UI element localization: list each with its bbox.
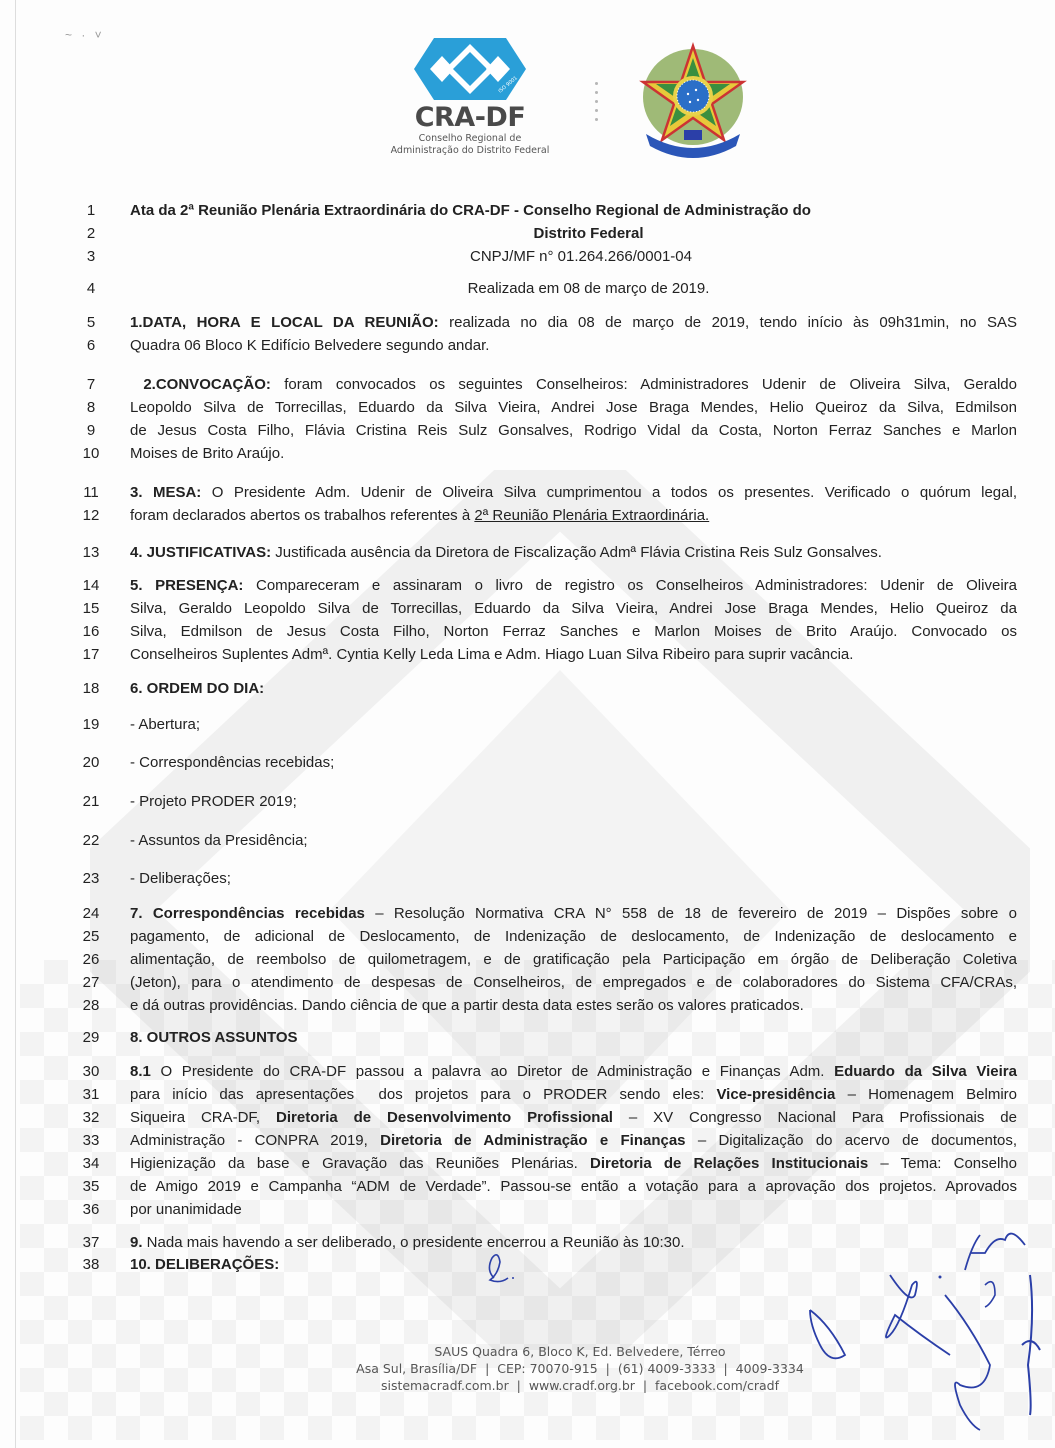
brazil-coat-of-arms-icon [638,42,748,160]
line-text: por unanimidade [130,1201,242,1218]
minutes-line: 8. OUTROS ASSUNTOS [130,1029,1017,1046]
logo-subtitle-2: Administração do Distrito Federal [380,145,560,157]
line-text: e dá outras providências. Dando ciência … [130,997,804,1014]
minutes-line: de Jesus Costa Filho, Flávia Cristina Re… [130,422,1017,439]
line-number: 7 [80,376,102,393]
minutes-line: Siqueira CRA-DF, Diretoria de Desenvolvi… [130,1109,1017,1126]
line-number: 15 [80,600,102,617]
minutes-line: Silva, Edmilson de Jesus Costa Filho, No… [130,623,1017,640]
cra-df-diamond-icon: ISO 9001 [414,38,526,100]
line-text: foram declarados abertos os trabalhos re… [130,507,474,524]
line-text: Silva, Edmilson de Jesus Costa Filho, No… [130,623,1017,640]
line-number: 37 [80,1234,102,1251]
line-number: 20 [80,754,102,771]
minutes-line: 2.CONVOCAÇÃO: foram convocados os seguin… [130,376,1017,393]
minutes-line: de Amigo 2019 e Campanha “ADM de Verdade… [130,1178,1017,1195]
minutes-line: (Jeton), para o atendimento de despesas … [130,974,1017,991]
minutes-line: - Correspondências recebidas; [130,754,1017,771]
line-number: 27 [80,974,102,991]
minutes-line: Conselheiros Suplentes Admª. Cyntia Kell… [130,646,1017,663]
minutes-line: pagamento, de adicional de Deslocamento,… [130,928,1017,945]
line-text: Leopoldo Silva de Torrecillas, Eduardo d… [130,399,1017,416]
cnpj-line: CNPJ/MF n° 01.264.266/0001-04 [130,248,1017,265]
line-number: 13 [80,544,102,561]
line-text: (Jeton), para o atendimento de despesas … [130,974,1017,991]
minutes-line: 5. PRESENÇA: Compareceram e assinaram o … [130,577,1017,594]
minutes-line: e dá outras providências. Dando ciência … [130,997,1017,1014]
cra-df-logo: ISO 9001 CRA-DF Conselho Regional de Adm… [380,38,560,168]
footer-address: SAUS Quadra 6, Bloco K, Ed. Belvedere, T… [300,1343,860,1360]
underlined-text: 2ª Reunião Plenária Extraordinária. [474,507,709,524]
line-number: 32 [80,1109,102,1126]
line-number: 8 [80,399,102,416]
line-number: 9 [80,422,102,439]
line-number: 12 [80,507,102,524]
minutes-line: alimentação, de reembolso de quilometrag… [130,951,1017,968]
line-number: 36 [80,1201,102,1218]
footer-contact: Asa Sul, Brasília/DF | CEP: 70070-915 | … [300,1360,860,1377]
minutes-line: Moises de Brito Araújo. [130,445,1017,462]
line-number: 23 [80,870,102,887]
line-text: foram convocados os seguintes Conselheir… [271,376,1017,393]
bold-label: 7. Correspondências recebidas [130,905,365,922]
line-text: Nada mais havendo a ser deliberado, o pr… [143,1234,685,1251]
minutes-line: - Deliberações; [130,870,1017,887]
minutes-line: 1.DATA, HORA E LOCAL DA REUNIÃO: realiza… [130,314,1017,331]
line-number: 14 [80,577,102,594]
line-number: 29 [80,1029,102,1046]
minutes-line: Higienização da base e Gravação das Reun… [130,1155,1017,1172]
line-number: 4 [80,280,102,297]
line-text: realizada no dia 08 de março de 2019, te… [439,314,1017,331]
line-number: 30 [80,1063,102,1080]
line-text: Moises de Brito Araújo. [130,445,284,462]
line-text: Siqueira CRA-DF, [130,1109,276,1126]
line-number: 5 [80,314,102,331]
minutes-line: 7. Correspondências recebidas – Resoluçã… [130,905,1017,922]
bold-label: 4. JUSTIFICATIVAS: [130,544,271,561]
footer-links: sistemacradf.com.br | www.cradf.org.br |… [300,1377,860,1394]
line-text: de Amigo 2019 e Campanha “ADM de Verdade… [130,1178,1017,1195]
line-text: O Presidente Adm. Udenir de Oliveira Sil… [201,484,1017,501]
line-text: pagamento, de adicional de Deslocamento,… [130,928,1017,945]
line-number: 21 [80,793,102,810]
line-number: 33 [80,1132,102,1149]
line-number: 19 [80,716,102,733]
bold-label: 1.DATA, HORA E LOCAL DA REUNIÃO: [130,314,439,331]
line-number: 26 [80,951,102,968]
bold-label: Diretoria de Administração e Finanças [380,1132,685,1149]
line-number: 10 [80,445,102,462]
line-text: de Jesus Costa Filho, Flávia Cristina Re… [130,422,1017,439]
bold-label: 6. ORDEM DO DIA: [130,680,264,697]
minutes-line: foram declarados abertos os trabalhos re… [130,507,1017,524]
document-title-cont: Distrito Federal [130,225,1017,242]
bold-label: 2.CONVOCAÇÃO: [130,376,271,393]
minutes-line: Quadra 06 Bloco K Edifício Belvedere seg… [130,337,1017,354]
line-number: 35 [80,1178,102,1195]
line-number: 3 [80,248,102,265]
line-text: Silva, Geraldo Leopoldo Silva de Torreci… [130,600,1017,617]
line-text: - Projeto PRODER 2019; [130,793,297,810]
bold-label: 3. MESA: [130,484,201,501]
minutes-line: 10. DELIBERAÇÕES: [130,1256,1017,1273]
bold-label: 8. OUTROS ASSUNTOS [130,1029,298,1046]
document-title: Ata da 2ª Reunião Plenária Extraordinári… [130,202,1017,219]
line-text: Higienização da base e Gravação das Reun… [130,1155,590,1172]
line-number: 18 [80,680,102,697]
line-number: 34 [80,1155,102,1172]
line-text: - Correspondências recebidas; [130,754,334,771]
line-text: Quadra 06 Bloco K Edifício Belvedere seg… [130,337,489,354]
line-text: – Resolução Normativa CRA N° 558 de 18 d… [365,905,1017,922]
line-text: para início das apresentações dos projet… [130,1086,716,1103]
bold-label: Vice-presidência [716,1086,835,1103]
line-number: 25 [80,928,102,945]
minutes-line: para início das apresentações dos projet… [130,1086,1017,1103]
logo-subtitle-1: Conselho Regional de [380,133,560,145]
line-number: 2 [80,225,102,242]
line-text: – Homenagem Belmiro [835,1086,1017,1103]
line-text: O Presidente do CRA-DF passou a palavra … [151,1063,834,1080]
line-number: 11 [80,484,102,501]
minutes-line: Leopoldo Silva de Torrecillas, Eduardo d… [130,399,1017,416]
bold-label: 9. [130,1234,143,1251]
footer: SAUS Quadra 6, Bloco K, Ed. Belvedere, T… [300,1343,860,1394]
bold-label: Eduardo da Silva Vieira [834,1063,1017,1080]
bold-label: 5. PRESENÇA: [130,577,243,594]
scan-edge [15,0,16,1448]
line-number: 31 [80,1086,102,1103]
line-text: Administração - CONPRA 2019, [130,1132,380,1149]
line-number: 1 [80,202,102,219]
bold-label: Diretoria de Desenvolvimento Profissiona… [276,1109,613,1126]
date-line: Realizada em 08 de março de 2019. [130,280,1017,297]
line-text: Justificada ausência da Diretora de Fisc… [271,544,882,561]
document-page: ~ · ˅ ISO 9001 CRA-DF Conselho Regional … [0,0,1055,1448]
minutes-line: 6. ORDEM DO DIA: [130,680,1017,697]
bold-label: Diretoria de Relações Institucionais [590,1155,868,1172]
line-number: 28 [80,997,102,1014]
line-number: 17 [80,646,102,663]
header-separator [595,82,599,132]
line-number: 6 [80,337,102,354]
scan-artifact: ~ · ˅ [65,28,135,38]
minutes-line: 8.1 O Presidente do CRA-DF passou a pala… [130,1063,1017,1080]
line-text: Conselheiros Suplentes Admª. Cyntia Kell… [130,646,853,663]
minutes-line: Administração - CONPRA 2019, Diretoria d… [130,1132,1017,1149]
minutes-line: - Projeto PRODER 2019; [130,793,1017,810]
line-text: – Digitalização do acervo de documentos, [686,1132,1017,1149]
minutes-line: 9. Nada mais havendo a ser deliberado, o… [130,1234,1017,1251]
bold-label: 8.1 [130,1063,151,1080]
logo-title: CRA-DF [380,102,560,133]
minutes-line: por unanimidade [130,1201,1017,1218]
minutes-line: 4. JUSTIFICATIVAS: Justificada ausência … [130,544,1017,561]
line-text: - Deliberações; [130,870,231,887]
minutes-line: Silva, Geraldo Leopoldo Silva de Torreci… [130,600,1017,617]
line-number: 38 [80,1256,102,1273]
line-text: – Tema: Conselho [868,1155,1017,1172]
line-text: - Abertura; [130,716,200,733]
line-text: Compareceram e assinaram o livro de regi… [243,577,1017,594]
minutes-line: 3. MESA: O Presidente Adm. Udenir de Oli… [130,484,1017,501]
line-text: alimentação, de reembolso de quilometrag… [130,951,1017,968]
line-number: 24 [80,905,102,922]
line-number: 22 [80,832,102,849]
minutes-line: - Abertura; [130,716,1017,733]
line-text: – XV Congresso Nacional Para Profissiona… [613,1109,1017,1126]
line-number: 16 [80,623,102,640]
line-text: - Assuntos da Presidência; [130,832,308,849]
bold-label: 10. DELIBERAÇÕES: [130,1256,279,1273]
minutes-line: - Assuntos da Presidência; [130,832,1017,849]
